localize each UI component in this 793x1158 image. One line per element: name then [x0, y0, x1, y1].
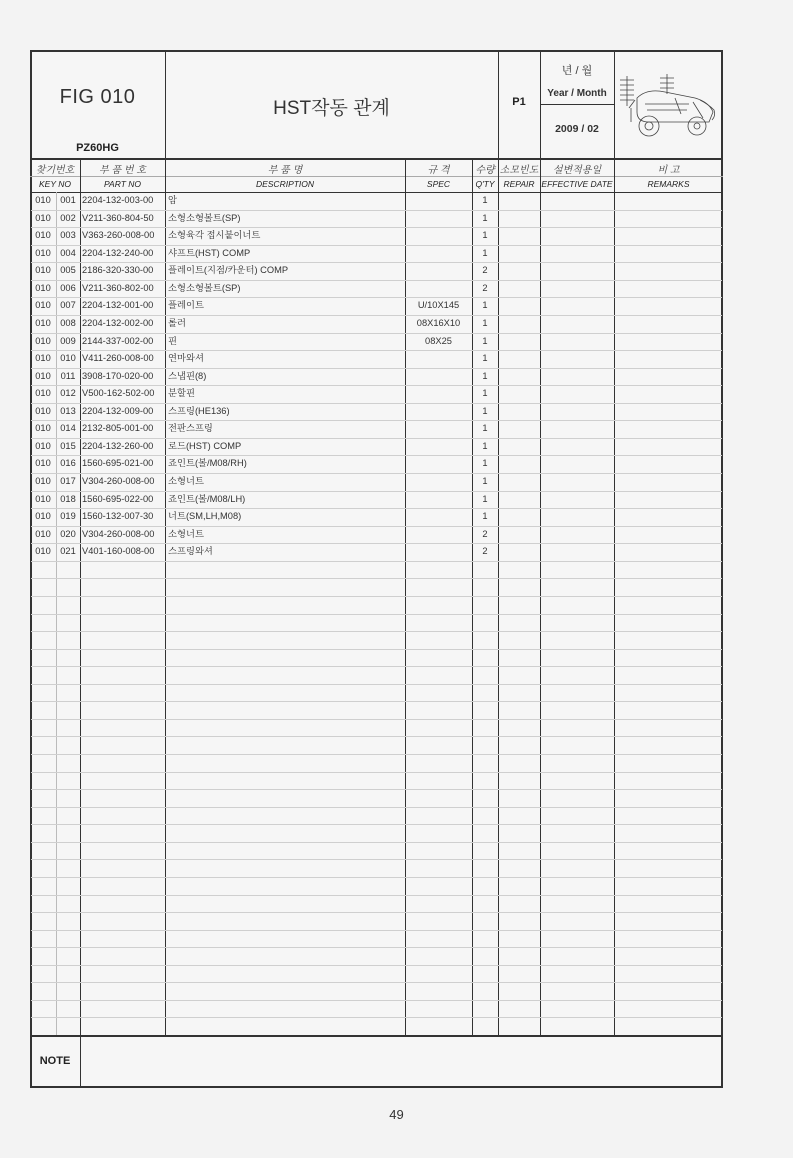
row-divider — [31, 596, 722, 597]
key-number-cell: 004 — [56, 245, 80, 263]
spec-cell — [405, 192, 472, 210]
spec-cell — [405, 491, 472, 509]
quantity-cell: 1 — [472, 192, 498, 210]
description-cell: 너트(SM,LH,M08) — [168, 508, 404, 526]
column-header-ko: 부 품 명 — [165, 161, 405, 176]
row-divider — [31, 912, 722, 913]
quantity-cell: 1 — [472, 315, 498, 333]
quantity-cell: 1 — [472, 333, 498, 351]
quantity-cell: 1 — [472, 403, 498, 421]
key-number-cell: 002 — [56, 210, 80, 228]
fig-number-cell: 010 — [30, 227, 56, 245]
description-cell: 스냅핀(8) — [168, 368, 404, 386]
quantity-cell: 1 — [472, 455, 498, 473]
spec-cell — [405, 262, 472, 280]
column-header-ko: 비 고 — [614, 161, 723, 176]
fig-number-cell: 010 — [30, 350, 56, 368]
row-divider — [31, 824, 722, 825]
spec-cell — [405, 543, 472, 561]
machine-thumbnail-icon — [615, 70, 721, 140]
row-divider — [31, 842, 722, 843]
part-number-cell: 2204-132-001-00 — [82, 297, 165, 315]
spec-cell — [405, 368, 472, 386]
key-number-cell: 019 — [56, 508, 80, 526]
key-number-cell: 021 — [56, 543, 80, 561]
spec-cell — [405, 526, 472, 544]
row-divider — [31, 701, 722, 702]
page-code: P1 — [498, 96, 540, 108]
divider — [80, 1035, 81, 1088]
spec-cell — [405, 455, 472, 473]
key-number-cell: 018 — [56, 491, 80, 509]
key-number-cell: 011 — [56, 368, 80, 386]
description-cell: 샤프트(HST) COMP — [168, 245, 404, 263]
row-divider — [31, 895, 722, 896]
description-cell: 분할핀 — [168, 385, 404, 403]
key-number-cell: 020 — [56, 526, 80, 544]
column-header-ko: 소모빈도 — [498, 161, 540, 176]
part-number-cell: 3908-170-020-00 — [82, 368, 165, 386]
spec-cell: 08X16X10 — [405, 315, 472, 333]
key-number-cell: 015 — [56, 438, 80, 456]
divider — [30, 176, 723, 177]
part-number-cell: 2204-132-003-00 — [82, 192, 165, 210]
part-number-cell: 2204-132-002-00 — [82, 315, 165, 333]
fig-number-cell: 010 — [30, 438, 56, 456]
row-divider — [31, 649, 722, 650]
fig-number-cell: 010 — [30, 526, 56, 544]
year-month-label-en: Year / Month — [540, 88, 614, 99]
description-cell: 암 — [168, 192, 404, 210]
fig-number-cell: 010 — [30, 315, 56, 333]
spec-cell — [405, 473, 472, 491]
key-number-cell: 013 — [56, 403, 80, 421]
fig-number-cell: 010 — [30, 491, 56, 509]
part-number-cell: 2204-132-260-00 — [82, 438, 165, 456]
row-divider — [31, 1017, 722, 1018]
key-number-cell: 005 — [56, 262, 80, 280]
row-divider — [31, 631, 722, 632]
description-cell: 죠인트(볼/M08/LH) — [168, 491, 404, 509]
quantity-cell: 2 — [472, 280, 498, 298]
quantity-cell: 1 — [472, 350, 498, 368]
fig-number-cell: 010 — [30, 297, 56, 315]
row-divider — [31, 947, 722, 948]
fig-number-cell: 010 — [30, 403, 56, 421]
row-divider — [31, 578, 722, 579]
key-number-cell: 016 — [56, 455, 80, 473]
quantity-cell: 1 — [472, 245, 498, 263]
fig-number-cell: 010 — [30, 508, 56, 526]
description-cell: 로드(HST) COMP — [168, 438, 404, 456]
quantity-cell: 1 — [472, 210, 498, 228]
row-divider — [31, 789, 722, 790]
row-divider — [31, 982, 722, 983]
key-number-cell: 014 — [56, 420, 80, 438]
spec-cell — [405, 280, 472, 298]
quantity-cell: 1 — [472, 227, 498, 245]
quantity-cell: 1 — [472, 420, 498, 438]
part-number-cell: 2186-320-330-00 — [82, 262, 165, 280]
key-number-cell: 007 — [56, 297, 80, 315]
spec-cell — [405, 508, 472, 526]
key-number-cell: 001 — [56, 192, 80, 210]
description-cell: 핀 — [168, 333, 404, 351]
row-divider — [31, 666, 722, 667]
part-number-cell: 1560-695-022-00 — [82, 491, 165, 509]
quantity-cell: 1 — [472, 508, 498, 526]
fig-number-cell: 010 — [30, 455, 56, 473]
quantity-cell: 1 — [472, 385, 498, 403]
spec-cell — [405, 210, 472, 228]
part-number-cell: V211-360-802-00 — [82, 280, 165, 298]
spec-cell — [405, 227, 472, 245]
description-cell: 소형너트 — [168, 473, 404, 491]
column-header-en: KEY NO — [30, 179, 80, 189]
part-number-cell: 1560-695-021-00 — [82, 455, 165, 473]
page-number: 49 — [0, 1107, 793, 1122]
column-header-en: DESCRIPTION — [165, 179, 405, 189]
quantity-cell: 1 — [472, 368, 498, 386]
fig-number-cell: 010 — [30, 210, 56, 228]
spec-cell: U/10X145 — [405, 297, 472, 315]
part-number-cell: 2204-132-240-00 — [82, 245, 165, 263]
part-number-cell: V401-160-008-00 — [82, 543, 165, 561]
key-number-cell: 010 — [56, 350, 80, 368]
description-cell: 죠인트(볼/M08/RH) — [168, 455, 404, 473]
key-number-cell: 008 — [56, 315, 80, 333]
fig-number-cell: 010 — [30, 473, 56, 491]
fig-number-cell: 010 — [30, 543, 56, 561]
column-header-en: REMARKS — [614, 179, 723, 189]
fig-number-cell: 010 — [30, 262, 56, 280]
description-cell: 플레이트 — [168, 297, 404, 315]
part-number-cell: V304-260-008-00 — [82, 526, 165, 544]
note-text — [84, 1040, 714, 1084]
description-cell: 소형너트 — [168, 526, 404, 544]
spec-cell — [405, 403, 472, 421]
part-number-cell: V411-260-008-00 — [82, 350, 165, 368]
quantity-cell: 2 — [472, 543, 498, 561]
spec-cell — [405, 438, 472, 456]
column-header-ko: 부 품 번 호 — [80, 161, 165, 176]
column-header-en: EFFECTIVE DATE — [540, 179, 614, 189]
row-divider — [31, 684, 722, 685]
fig-number-cell: 010 — [30, 385, 56, 403]
description-cell: 소형소형볼트(SP) — [168, 210, 404, 228]
part-number-cell: V363-260-008-00 — [82, 227, 165, 245]
part-number-cell: 2144-337-002-00 — [82, 333, 165, 351]
row-divider — [31, 859, 722, 860]
description-cell: 스프링(HE136) — [168, 403, 404, 421]
part-number-cell: V500-162-502-00 — [82, 385, 165, 403]
page-title: HST작동 관계 — [165, 93, 498, 120]
description-cell: 소형육각 접시붙이너트 — [168, 227, 404, 245]
fig-number-cell: 010 — [30, 333, 56, 351]
fig-number-cell: 010 — [30, 280, 56, 298]
row-divider — [31, 614, 722, 615]
description-cell: 스프링와셔 — [168, 543, 404, 561]
year-month-value: 2009 / 02 — [540, 123, 614, 135]
quantity-cell: 2 — [472, 526, 498, 544]
key-number-cell: 003 — [56, 227, 80, 245]
divider — [540, 104, 614, 105]
column-header-ko: 규 격 — [405, 161, 472, 176]
part-number-cell: V304-260-008-00 — [82, 473, 165, 491]
spec-cell — [405, 245, 472, 263]
note-label: NOTE — [30, 1055, 80, 1067]
divider — [30, 158, 723, 160]
quantity-cell: 1 — [472, 491, 498, 509]
quantity-cell: 1 — [472, 438, 498, 456]
row-divider — [31, 1000, 722, 1001]
column-header-en: REPAIR — [498, 179, 540, 189]
spec-cell — [405, 350, 472, 368]
spec-cell — [405, 420, 472, 438]
divider — [30, 1035, 723, 1037]
quantity-cell: 1 — [472, 473, 498, 491]
key-number-cell: 006 — [56, 280, 80, 298]
column-header-ko: 찾기번호 — [30, 161, 80, 176]
key-number-cell: 009 — [56, 333, 80, 351]
key-number-cell: 017 — [56, 473, 80, 491]
row-divider — [31, 561, 722, 562]
spec-cell — [405, 385, 472, 403]
row-divider — [31, 965, 722, 966]
part-number-cell: 2132-805-001-00 — [82, 420, 165, 438]
column-header-en: SPEC — [405, 179, 472, 189]
key-number-cell: 012 — [56, 385, 80, 403]
fig-number-cell: 010 — [30, 420, 56, 438]
row-divider — [31, 736, 722, 737]
description-cell: 플레이트(지점/카운터) COMP — [168, 262, 404, 280]
fig-number-cell: 010 — [30, 368, 56, 386]
row-divider — [31, 807, 722, 808]
row-divider — [31, 877, 722, 878]
spec-cell: 08X25 — [405, 333, 472, 351]
row-divider — [31, 772, 722, 773]
part-number-cell: 1560-132-007-30 — [82, 508, 165, 526]
column-header-en: Q'TY — [472, 179, 498, 189]
row-divider — [31, 754, 722, 755]
column-header-en: PART NO — [80, 179, 165, 189]
year-month-label-ko: 년 / 월 — [540, 62, 614, 78]
fig-number-cell: 010 — [30, 192, 56, 210]
description-cell: 전판스프링 — [168, 420, 404, 438]
quantity-cell: 2 — [472, 262, 498, 280]
description-cell: 롤러 — [168, 315, 404, 333]
column-header-ko: 수량 — [472, 161, 498, 176]
row-divider — [31, 930, 722, 931]
part-number-cell: V211-360-804-50 — [82, 210, 165, 228]
description-cell: 소형소형볼트(SP) — [168, 280, 404, 298]
row-divider — [31, 719, 722, 720]
model-name: PZ60HG — [30, 142, 165, 154]
column-header-ko: 설변적용일 — [540, 161, 614, 176]
fig-number-cell: 010 — [30, 245, 56, 263]
figure-label: FIG 010 — [30, 86, 165, 109]
part-number-cell: 2204-132-009-00 — [82, 403, 165, 421]
description-cell: 연마와셔 — [168, 350, 404, 368]
quantity-cell: 1 — [472, 297, 498, 315]
